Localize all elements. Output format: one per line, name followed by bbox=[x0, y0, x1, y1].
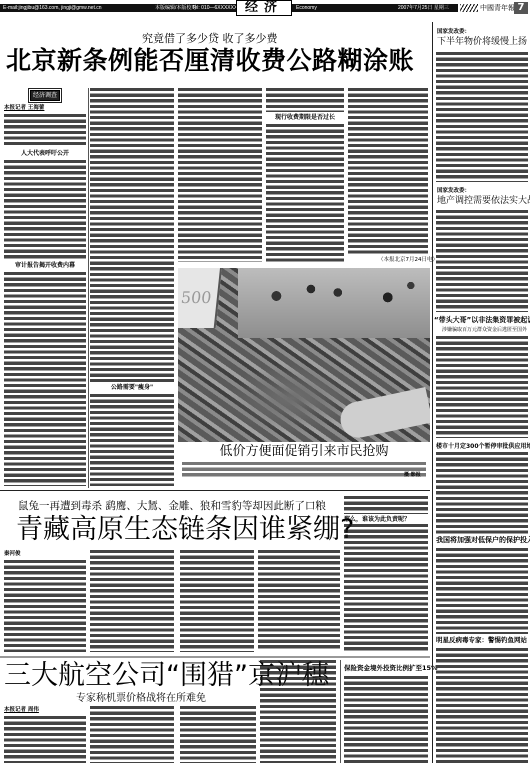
sidebar-headline-4: 楼市十月定300个暂停审批供应用地 bbox=[436, 442, 530, 451]
photo-price-sign: 500 bbox=[178, 268, 222, 328]
sidebar-headline-2: 地产调控需要依法实大战 bbox=[437, 196, 530, 207]
lead-body-col2a bbox=[90, 88, 174, 382]
column-rule bbox=[88, 88, 89, 488]
lead-body-col5 bbox=[348, 88, 428, 254]
sidebar-body-6 bbox=[436, 648, 528, 763]
lead-subhead-1: 人大代表呼吁公开 bbox=[4, 150, 86, 158]
lead-end-note: （本报北京7月24日电） bbox=[378, 256, 438, 264]
sidebar-body-5 bbox=[436, 548, 528, 634]
second-kicker: 鼠兔一再遭到毒杀 鹞鹰、大鵟、金雕、狼和雪豹等却因此断了口粮 bbox=[18, 500, 326, 513]
lead-body-col4a bbox=[266, 88, 344, 112]
page-number: 7 bbox=[514, 2, 528, 14]
sidebar-body-2 bbox=[436, 210, 528, 312]
decorative-hatch bbox=[460, 4, 478, 12]
second-body-col4 bbox=[258, 550, 340, 650]
second-body-col5b bbox=[344, 524, 428, 652]
lead-subhead-2: 审计报告揭开收费内幕 bbox=[4, 262, 86, 270]
fourth-headline: 保险资金境外投资比例扩至15% bbox=[344, 664, 438, 673]
sidebar-tag-1: 国家发改委： bbox=[437, 28, 470, 36]
news-photo-shoppers: 500 bbox=[178, 268, 430, 442]
second-byline: 秦河俊 bbox=[4, 550, 21, 558]
third-body-col2 bbox=[90, 706, 174, 763]
third-subheadline: 专家称机票价格战将在所难免 bbox=[76, 692, 206, 705]
second-body-col2 bbox=[90, 550, 174, 652]
lead-byline: 本报记者 王海蕾 bbox=[4, 104, 44, 112]
sidebar-headline-3: “带头大哥”以非法集资罪被起诉 bbox=[434, 316, 530, 325]
third-body-col3 bbox=[180, 706, 256, 763]
masthead-phone: Tel: 010—6XXXXXXX bbox=[192, 4, 241, 12]
lead-body-col1c bbox=[4, 272, 86, 486]
second-body-col1 bbox=[4, 560, 86, 652]
fourth-body bbox=[344, 676, 428, 763]
column-label: 经济调查 bbox=[30, 90, 60, 101]
photo-caption-title: 低价方便面促销引来市民抢购 bbox=[178, 444, 430, 460]
second-body-col5a bbox=[344, 496, 428, 514]
lead-subhead-4: 公路需要"瘦身" bbox=[90, 384, 174, 392]
paper-logo: 中國青年報 bbox=[480, 2, 515, 14]
column-rule-2 bbox=[340, 660, 341, 763]
masthead-email: E-mail:jingjibu@163.com, jingji@gmw.net.… bbox=[3, 4, 102, 12]
second-headline: 青藏高原生态链条因谁紧绷? bbox=[16, 514, 354, 546]
photo-caption-body bbox=[182, 462, 426, 478]
sidebar-sub-3: 涉嫌骗取百万元群众资金后逃匿至国外 bbox=[442, 327, 527, 334]
third-byline: 本报记者 周伟 bbox=[4, 706, 39, 714]
lead-body-col3 bbox=[178, 88, 262, 262]
photo-crowd bbox=[238, 268, 430, 338]
third-body-col1 bbox=[4, 716, 86, 763]
masthead: E-mail:jingjibu@163.com, jingji@gmw.net.… bbox=[0, 0, 530, 16]
lead-subhead-3: 现行收费期限是否过长 bbox=[266, 114, 344, 122]
section-title: 经济 bbox=[236, 0, 292, 16]
section-english: Economy bbox=[296, 4, 317, 12]
lead-body-col1b bbox=[4, 160, 86, 260]
sidebar-headline-1: 下半年物价将缓慢上扬 bbox=[437, 37, 527, 48]
issue-date: 2007年7月25日 星期三 bbox=[398, 4, 449, 12]
masthead-editor: 本版编辑/本版校对 bbox=[155, 4, 196, 12]
section-divider-2 bbox=[0, 656, 430, 658]
second-body-col3 bbox=[180, 550, 254, 652]
sidebar-body-1 bbox=[436, 52, 528, 182]
sidebar-headline-5: 我国将加强对低保户的保护投入 bbox=[436, 536, 530, 545]
third-body-col4 bbox=[260, 660, 336, 763]
second-subhead: 那么，谁该为此负责呢？ bbox=[344, 516, 414, 524]
lead-body-col4b bbox=[266, 124, 344, 262]
section-divider bbox=[0, 490, 430, 491]
photo-arm bbox=[337, 387, 430, 441]
lead-headline: 北京新条例能否厘清收费公路糊涂账 bbox=[6, 46, 414, 76]
sidebar-body-4 bbox=[436, 452, 528, 534]
lead-kicker: 究竟借了多少贷 收了多少费 bbox=[142, 32, 278, 45]
photo-credit: 摄 影报 bbox=[404, 472, 421, 478]
sidebar-body-3 bbox=[436, 336, 528, 438]
lead-body-col1a bbox=[4, 114, 86, 146]
sidebar-headline-6: 明星反病毒专家：警惕钓鱼网站 bbox=[436, 636, 527, 645]
lead-body-col2b bbox=[90, 394, 174, 486]
sidebar-tag-2: 国家发改委： bbox=[437, 187, 470, 195]
sidebar-rule bbox=[432, 22, 433, 763]
